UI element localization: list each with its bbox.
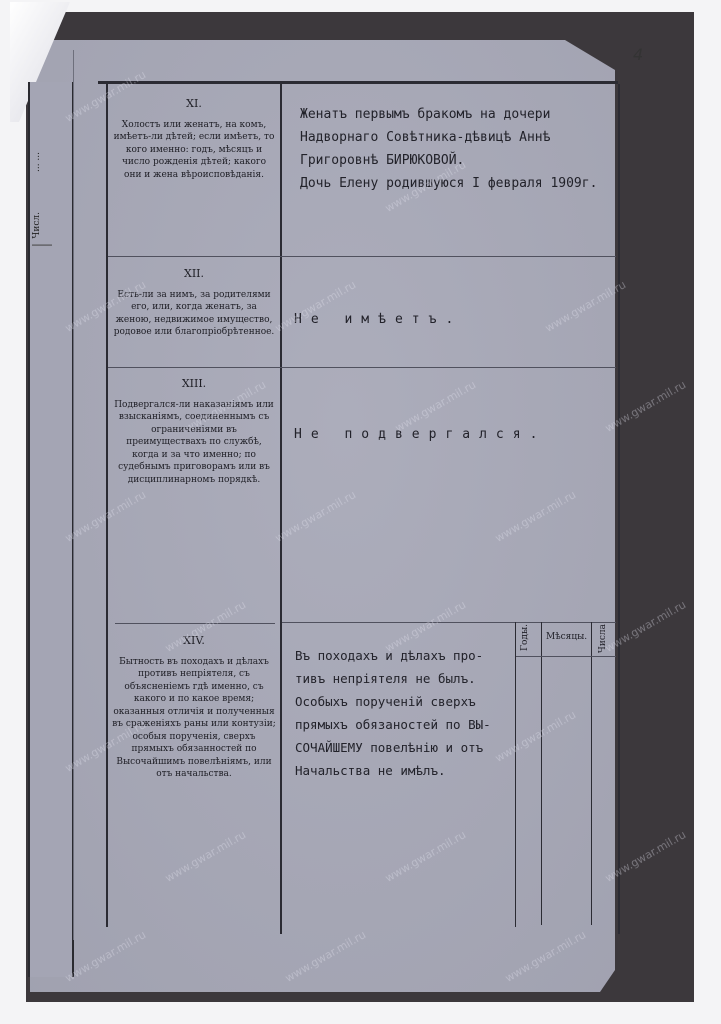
row-xiv-answer: Въ походахъ и дѣлахъ про-тивъ непріятеля… (295, 644, 491, 782)
table-top-border (98, 81, 618, 84)
strip-label-bottom: Числ. (32, 212, 52, 246)
answer-line: Особыхъ порученій сверхъ (295, 690, 491, 713)
table-right-border (618, 84, 620, 934)
answer-line: Женатъ первымъ бракомъ на дочери (300, 103, 597, 126)
answer-line: СОЧАЙШЕМУ повелѣнію и отъ (295, 736, 491, 759)
fold-line (73, 50, 74, 940)
question-text: Бытность въ походахъ и дѣлахъ противъ не… (112, 657, 276, 780)
subcol-years: Годы. (520, 624, 530, 651)
row-divider (108, 256, 616, 257)
row-xi-question: XI. Холостъ или женатъ, на комъ, имѣетъ-… (112, 98, 276, 181)
subcol-divider (515, 622, 516, 927)
row-xii-question: XII. Есть-ли за нимъ, за родителями его,… (112, 268, 276, 339)
row-xi-answer: Женатъ первымъ бракомъ на дочериНадворна… (300, 103, 597, 195)
page-number: 4 (633, 45, 643, 64)
question-text: Есть-ли за нимъ, за родителями его, или,… (114, 290, 275, 338)
answer-line: Начальства не имѣлъ. (295, 759, 491, 782)
column-divider (280, 84, 282, 934)
answer-line: тивъ непріятеля не былъ. (295, 667, 491, 690)
strip-label-top: ... ... (32, 152, 52, 172)
answer-line: Надворнаго Совѣтника-дѣвицѣ Аннѣ (300, 126, 597, 149)
adjacent-page-strip: ... ... Числ. (28, 82, 74, 977)
row-divider (282, 622, 616, 623)
row-numeral: XII. (112, 268, 276, 281)
subcol-header-line (516, 656, 616, 657)
answer-line: прямыхъ обязаностей по ВЫ- (295, 713, 491, 736)
table-left-border (106, 84, 108, 927)
question-text: Холостъ или женатъ, на комъ, имѣетъ-ли д… (114, 120, 275, 180)
subcol-months: Мѣсяцы. (546, 632, 587, 642)
row-xiv-question: XIV. Бытность въ походахъ и дѣлахъ проти… (112, 635, 276, 781)
row-xiii-answer: Не подвергался. (294, 423, 546, 446)
subcol-divider (591, 622, 592, 925)
question-text: Подвергался-ли наказаніямъ или взысканія… (114, 400, 274, 485)
row-numeral: XI. (112, 98, 276, 111)
row-divider (108, 367, 616, 368)
subcol-divider (541, 622, 542, 925)
